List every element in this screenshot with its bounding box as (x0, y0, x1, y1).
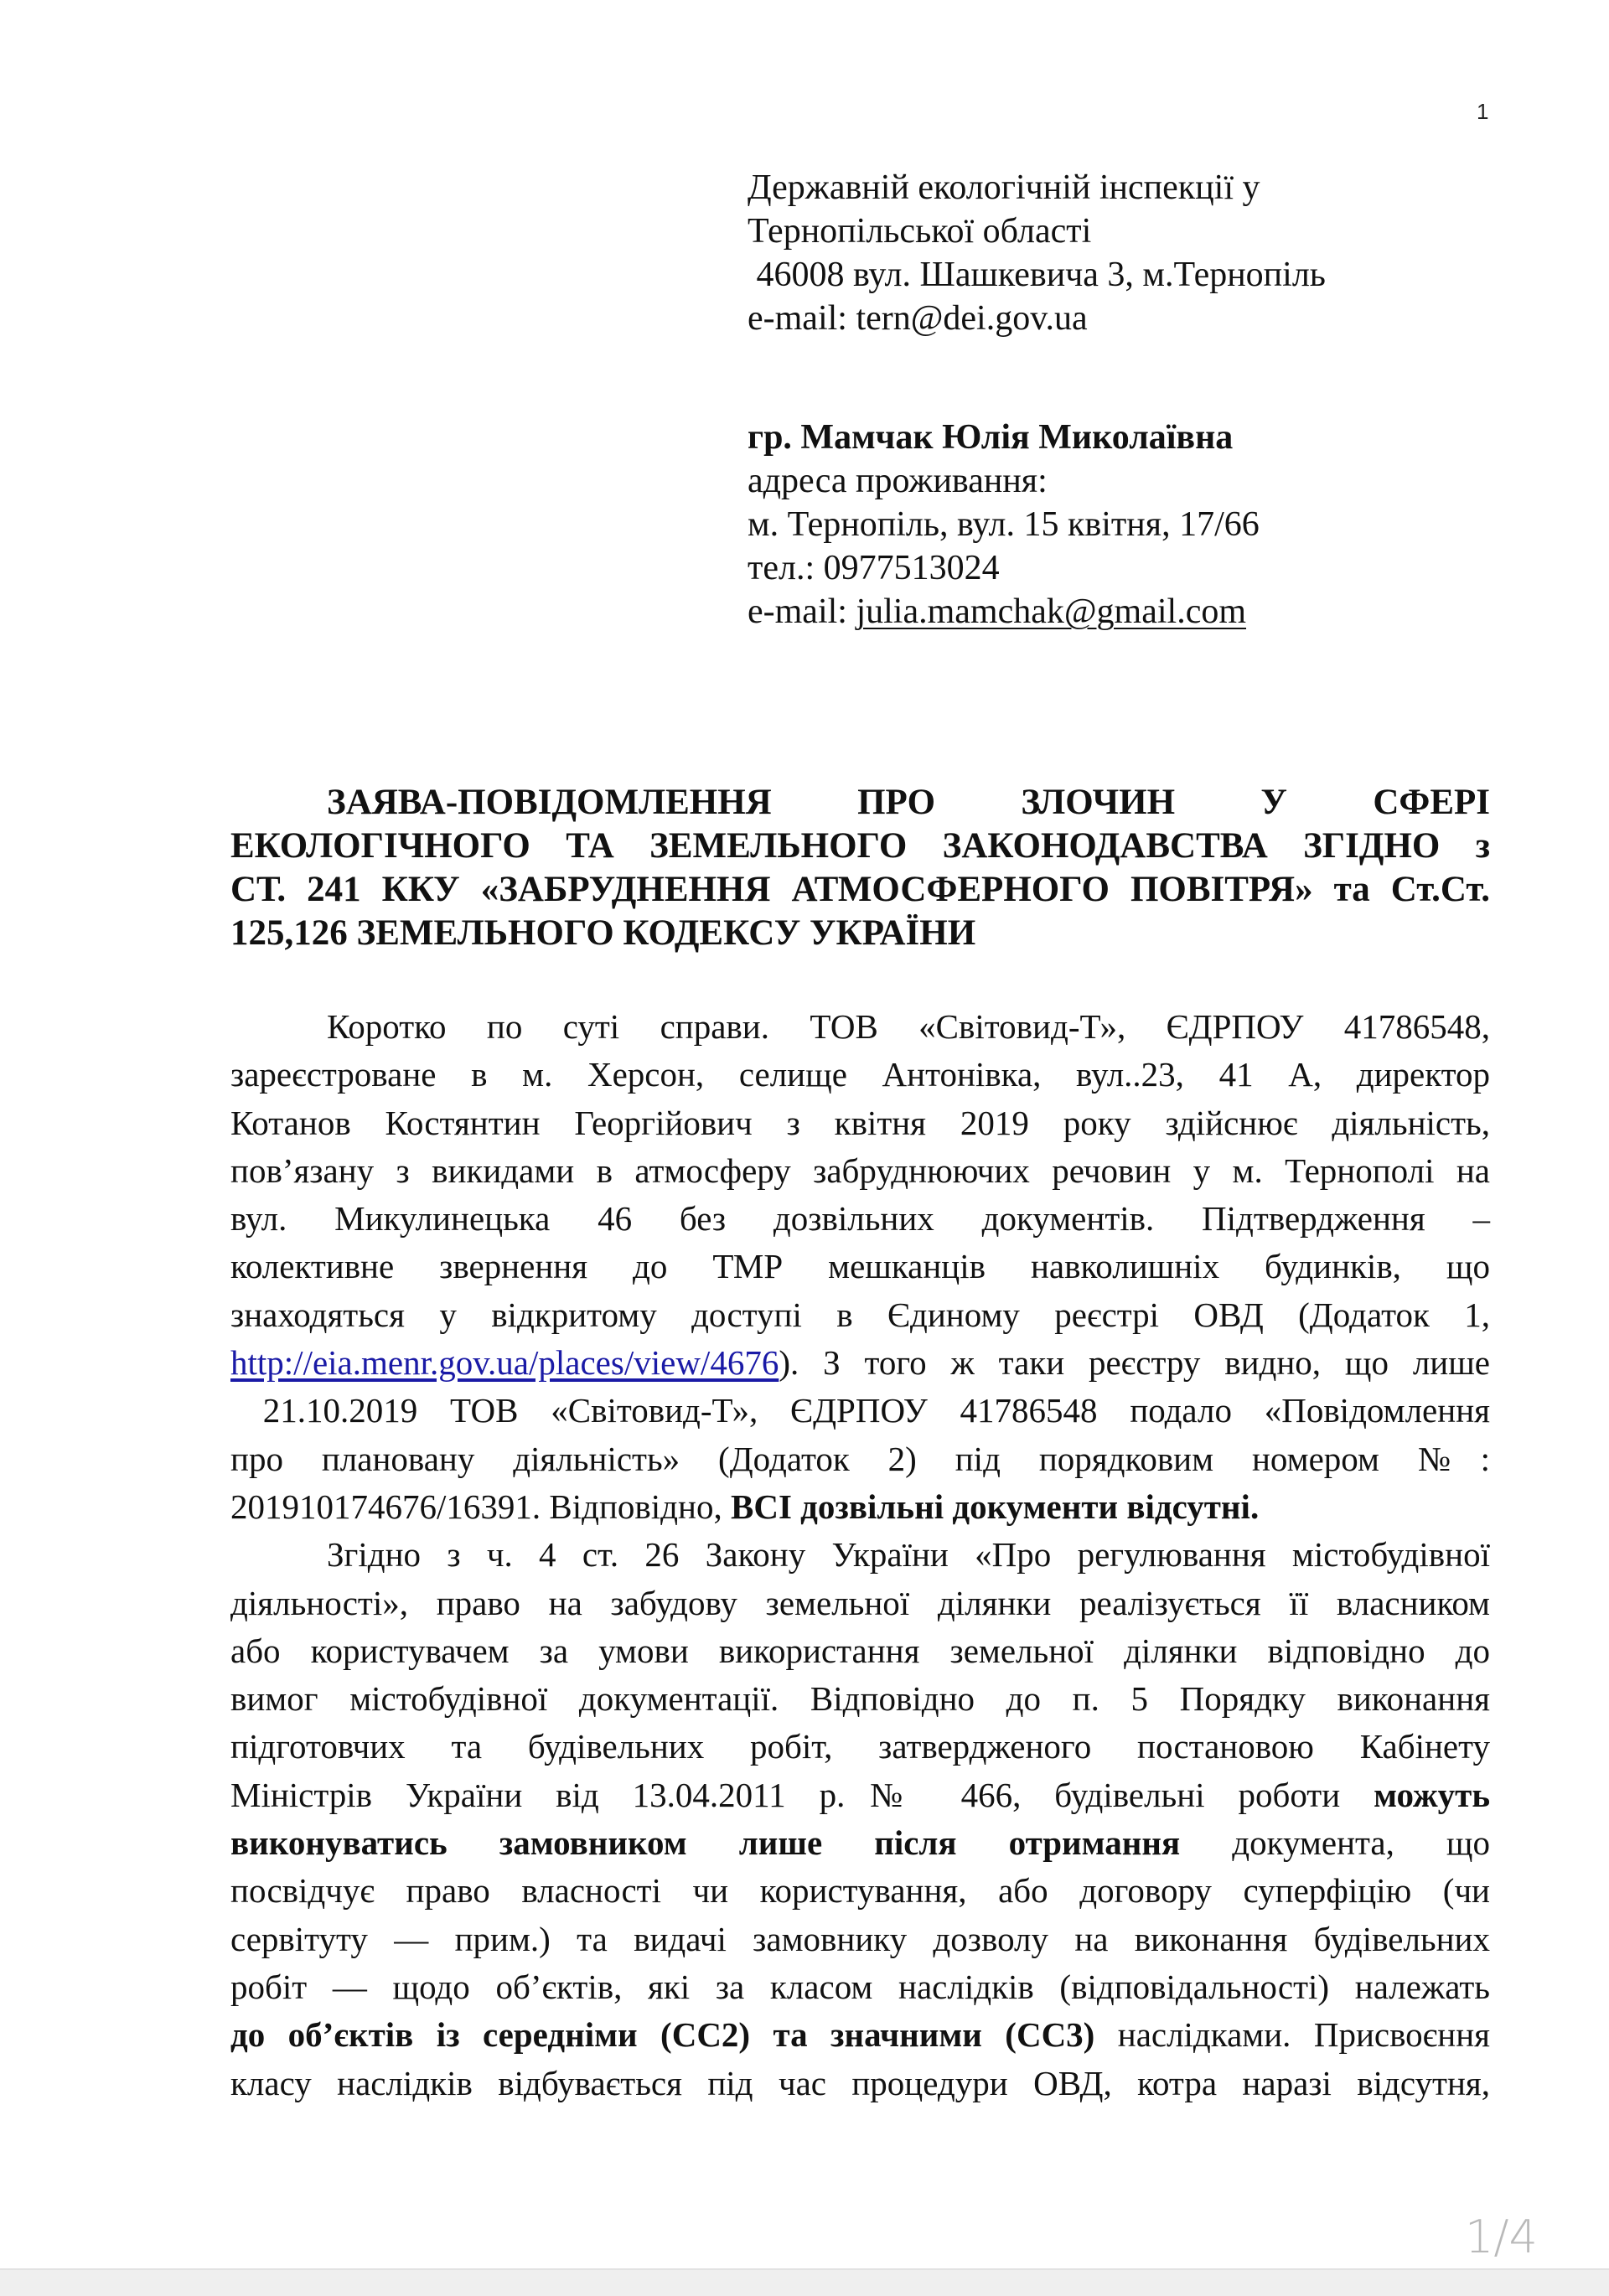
body-line: Коротко по суті справи. ТОВ «Світовид-Т»… (230, 1003, 1490, 1051)
body-line: 201910174676/16391. Відповідно, ВСІ дозв… (230, 1483, 1490, 1531)
sender-email-label: e-mail: (748, 592, 856, 631)
body-line: вул. Микулинецька 46 без дозвільних доку… (230, 1195, 1490, 1243)
registry-link[interactable]: http://eia.menr.gov.ua/places/view/4676 (230, 1343, 779, 1382)
body-line: сервітуту — прим.) та видачі замовнику д… (230, 1916, 1490, 1963)
recipient-line: Тернопільської області (748, 209, 1326, 253)
body-line: Міністрів України від 13.04.2011 р.№ 466… (230, 1771, 1490, 1819)
recipient-line: 46008 вул. Шашкевича 3, м.Тернопіль (748, 253, 1326, 297)
page-number: 1 (1477, 99, 1488, 125)
sender-block: гр. Мамчак Юлія Миколаївна адреса прожив… (748, 416, 1260, 633)
title-line: СТ. 241 ККУ «ЗАБРУДНЕННЯ АТМОСФЕРНОГО ПО… (230, 868, 1490, 912)
body-line: діяльності», право на забудову земельної… (230, 1580, 1490, 1627)
sender-phone: тел.: 0977513024 (748, 546, 1260, 590)
body-line: або користувачем за умови використання з… (230, 1627, 1490, 1675)
document-title: ЗАЯВА-ПОВІДОМЛЕННЯ ПРО ЗЛОЧИН У СФЕРІ ЕК… (230, 781, 1490, 955)
title-line: 125,126 ЗЕМЕЛЬНОГО КОДЕКСУ УКРАЇНИ (230, 912, 1490, 955)
sender-address-label: адреса проживання: (748, 459, 1260, 503)
body-text-span: наслідками. Присвоєння (1094, 2015, 1490, 2054)
body-line: виконуватись замовником лише після отрим… (230, 1819, 1490, 1867)
sender-email-line: e-mail: julia.mamchak@gmail.com (748, 590, 1260, 633)
title-line: ЗАЯВА-ПОВІДОМЛЕННЯ ПРО ЗЛОЧИН У СФЕРІ (230, 781, 1490, 825)
body-text-span: ). З того ж таки реєстру видно, що лише (779, 1343, 1490, 1382)
body-line: підготовчих та будівельних робіт, затвер… (230, 1723, 1490, 1771)
sender-email-link[interactable]: julia.mamchak@gmail.com (856, 592, 1246, 631)
sender-address: м. Тернопіль, вул. 15 квітня, 17/66 (748, 503, 1260, 546)
recipient-email: e-mail: tern@dei.gov.ua (748, 297, 1326, 340)
body-line: знаходяться у відкритому доступі в Єдино… (230, 1291, 1490, 1339)
body-line: до об’єктів із середніми (СС2) та значни… (230, 2011, 1490, 2059)
page-indicator: 1/4 (1465, 2211, 1538, 2263)
emphasis-text: до об’єктів із середніми (СС2) та значни… (230, 2015, 1094, 2054)
recipient-block: Державній екологічній інспекції у Терноп… (748, 166, 1326, 340)
body-line: 21.10.2019 ТОВ «Світовид-Т», ЄДРПОУ 4178… (230, 1387, 1490, 1435)
body-text: Коротко по суті справи. ТОВ «Світовид-Т»… (230, 1003, 1490, 2107)
body-line: Згідно з ч. 4 ст. 26 Закону України «Про… (230, 1531, 1490, 1579)
body-line: про плановану діяльність» (Додаток 2) пі… (230, 1435, 1490, 1483)
title-line: ЕКОЛОГІЧНОГО ТА ЗЕМЕЛЬНОГО ЗАКОНОДАВСТВА… (230, 825, 1490, 868)
body-line: пов’язану з викидами в атмосферу забрудн… (230, 1147, 1490, 1195)
body-line: http://eia.menr.gov.ua/places/view/4676)… (230, 1339, 1490, 1387)
body-line: вимог містобудівної документації. Відпов… (230, 1675, 1490, 1723)
emphasis-text: ВСІ дозвільні документи відсутні (731, 1487, 1250, 1526)
body-line: колективне звернення до ТМР мешканців на… (230, 1243, 1490, 1290)
body-text-span: документа, що (1180, 1823, 1490, 1862)
emphasis-text: виконуватись замовником лише після отрим… (230, 1823, 1180, 1862)
emphasis-text: можуть (1374, 1776, 1490, 1814)
body-line: Котанов Костянтин Георгійович з квітня 2… (230, 1099, 1490, 1147)
body-text-span: 201910174676/16391. Відповідно, (230, 1487, 731, 1526)
body-text-span: Міністрів України від 13.04.2011 р.№ 466… (230, 1776, 1374, 1814)
recipient-line: Державній екологічній інспекції у (748, 166, 1326, 209)
viewer-bottom-bar (0, 2268, 1609, 2296)
body-line: робіт — щодо об’єктів, які за класом нас… (230, 1963, 1490, 2011)
body-line: зареєстроване в м. Херсон, селище Антоні… (230, 1051, 1490, 1099)
body-line: посвідчує право власності чи користуванн… (230, 1867, 1490, 1915)
sender-name: гр. Мамчак Юлія Миколаївна (748, 416, 1260, 459)
body-line: класу наслідків відбувається під час про… (230, 2060, 1490, 2107)
body-text-span: . (1250, 1487, 1259, 1526)
